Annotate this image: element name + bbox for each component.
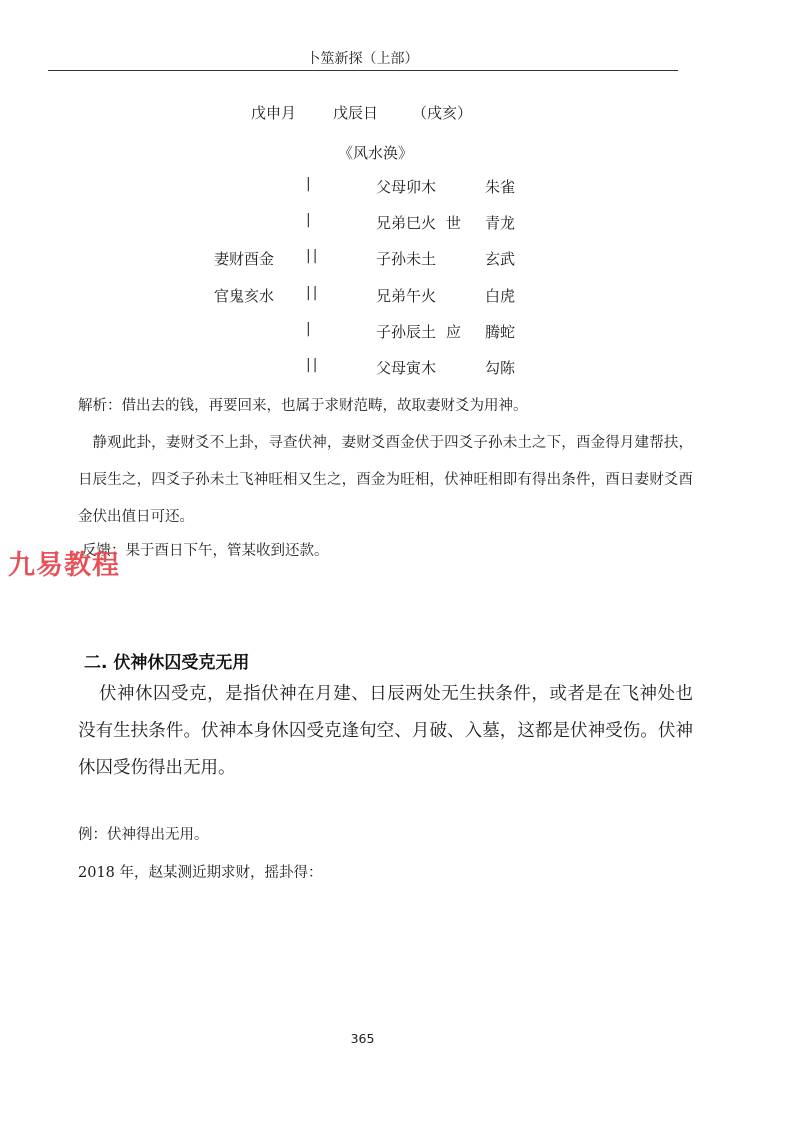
yin-line-symbol: || [306,248,319,264]
section-body: 伏神休囚受克，是指伏神在月建、日辰两处无生扶条件，或者是在飞神处也没有生扶条件。… [78,676,693,787]
hexagram-line-2: | 子孙辰土 应 腾蛇 [0,321,793,345]
hexagram-line-6: | 父母卯木 朱雀 [0,176,793,200]
liuqin-label: 兄弟午火 [376,285,436,306]
liuqin-label: 兄弟巳火 [376,212,436,233]
liushen-label: 青龙 [485,212,515,233]
yin-line-symbol: || [306,285,319,301]
hexagram-line-4: 妻财酉金 || 子孙未土 玄武 [0,248,793,272]
shi-ying-marker: 世 [446,212,461,233]
yang-line-symbol: | [306,321,313,337]
month-pillar: 戊申月 [251,102,296,123]
liushen-label: 腾蛇 [485,321,515,342]
page-number: 365 [0,1031,725,1046]
liuqin-label: 子孙辰土 [376,321,436,342]
void-branches: （戌亥） [412,102,472,123]
liushen-label: 玄武 [485,248,515,269]
yang-line-symbol: | [306,176,313,192]
yin-line-symbol: || [306,357,319,373]
shi-ying-marker: 应 [446,321,461,342]
watermark-logo: 九易教程 [8,543,120,582]
section-heading: 二. 伏神休囚受克无用 [84,648,249,673]
liuqin-label: 子孙未土 [376,248,436,269]
analysis-intro: 解析：借出去的钱，再要回来，也属于求财范畴，故取妻财爻为用神。 [78,393,528,421]
hexagram-name: 《风水涣》 [338,142,413,163]
day-pillar: 戊辰日 [333,102,378,123]
header-divider [48,70,678,71]
liuqin-label: 父母卯木 [376,176,436,197]
liuqin-label: 父母寅木 [376,357,436,378]
section-paragraph: 伏神休囚受克，是指伏神在月建、日辰两处无生扶条件，或者是在飞神处也没有生扶条件。… [78,676,693,787]
hidden-spirit: 官鬼亥水 [214,285,274,306]
yang-line-symbol: | [306,212,313,228]
analysis-paragraph: 静观此卦，妻财爻不上卦，寻查伏神，妻财爻酉金伏于四爻子孙未土之下，酉金得月建帮扶… [78,425,693,536]
liushen-label: 勾陈 [485,357,515,378]
example-intro: 2018 年，赵某测近期求财，摇卦得： [78,860,323,888]
hexagram-line-5: | 兄弟巳火 世 青龙 [0,212,793,236]
example-label: 例：伏神得出无用。 [78,822,209,850]
analysis-body: 静观此卦，妻财爻不上卦，寻查伏神，妻财爻酉金伏于四爻子孙未土之下，酉金得月建帮扶… [78,425,693,536]
running-header-title: 卜筮新探（上部） [0,48,725,68]
liushen-label: 朱雀 [485,176,515,197]
hexagram-line-3: 官鬼亥水 || 兄弟午火 白虎 [0,285,793,309]
liushen-label: 白虎 [485,285,515,306]
hexagram-line-1: || 父母寅木 勾陈 [0,357,793,381]
hidden-spirit: 妻财酉金 [214,248,274,269]
